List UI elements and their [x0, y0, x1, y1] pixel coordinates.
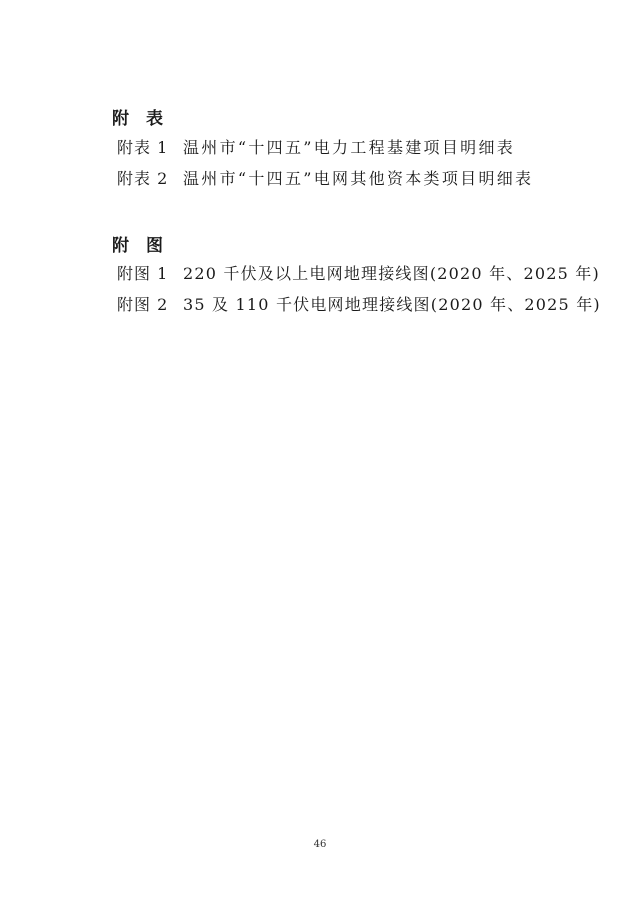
appendix-figure-label: 附图 2: [117, 292, 183, 315]
appendix-table-item: 附表 2 温州市“十四五”电网其他资本类项目明细表: [117, 166, 533, 189]
appendix-figure-item: 附图 1 220 千伏及以上电网地理接线图(2020 年、2025 年): [117, 261, 600, 284]
appendix-figures-heading: 附 图: [112, 231, 163, 256]
appendix-figure-title: 220 千伏及以上电网地理接线图(2020 年、2025 年): [183, 261, 600, 284]
appendix-figure-title: 35 及 110 千伏电网地理接线图(2020 年、2025 年): [183, 292, 601, 315]
appendix-table-title: 温州市“十四五”电力工程基建项目明细表: [183, 135, 515, 158]
appendix-tables-heading: 附 表: [112, 104, 163, 129]
appendix-table-label: 附表 1: [117, 135, 183, 158]
appendix-figure-item: 附图 2 35 及 110 千伏电网地理接线图(2020 年、2025 年): [117, 292, 601, 315]
appendix-table-title: 温州市“十四五”电网其他资本类项目明细表: [183, 166, 533, 189]
appendix-table-item: 附表 1 温州市“十四五”电力工程基建项目明细表: [117, 135, 515, 158]
appendix-figure-label: 附图 1: [117, 261, 183, 284]
appendix-table-label: 附表 2: [117, 166, 183, 189]
page-number: 46: [0, 839, 640, 850]
